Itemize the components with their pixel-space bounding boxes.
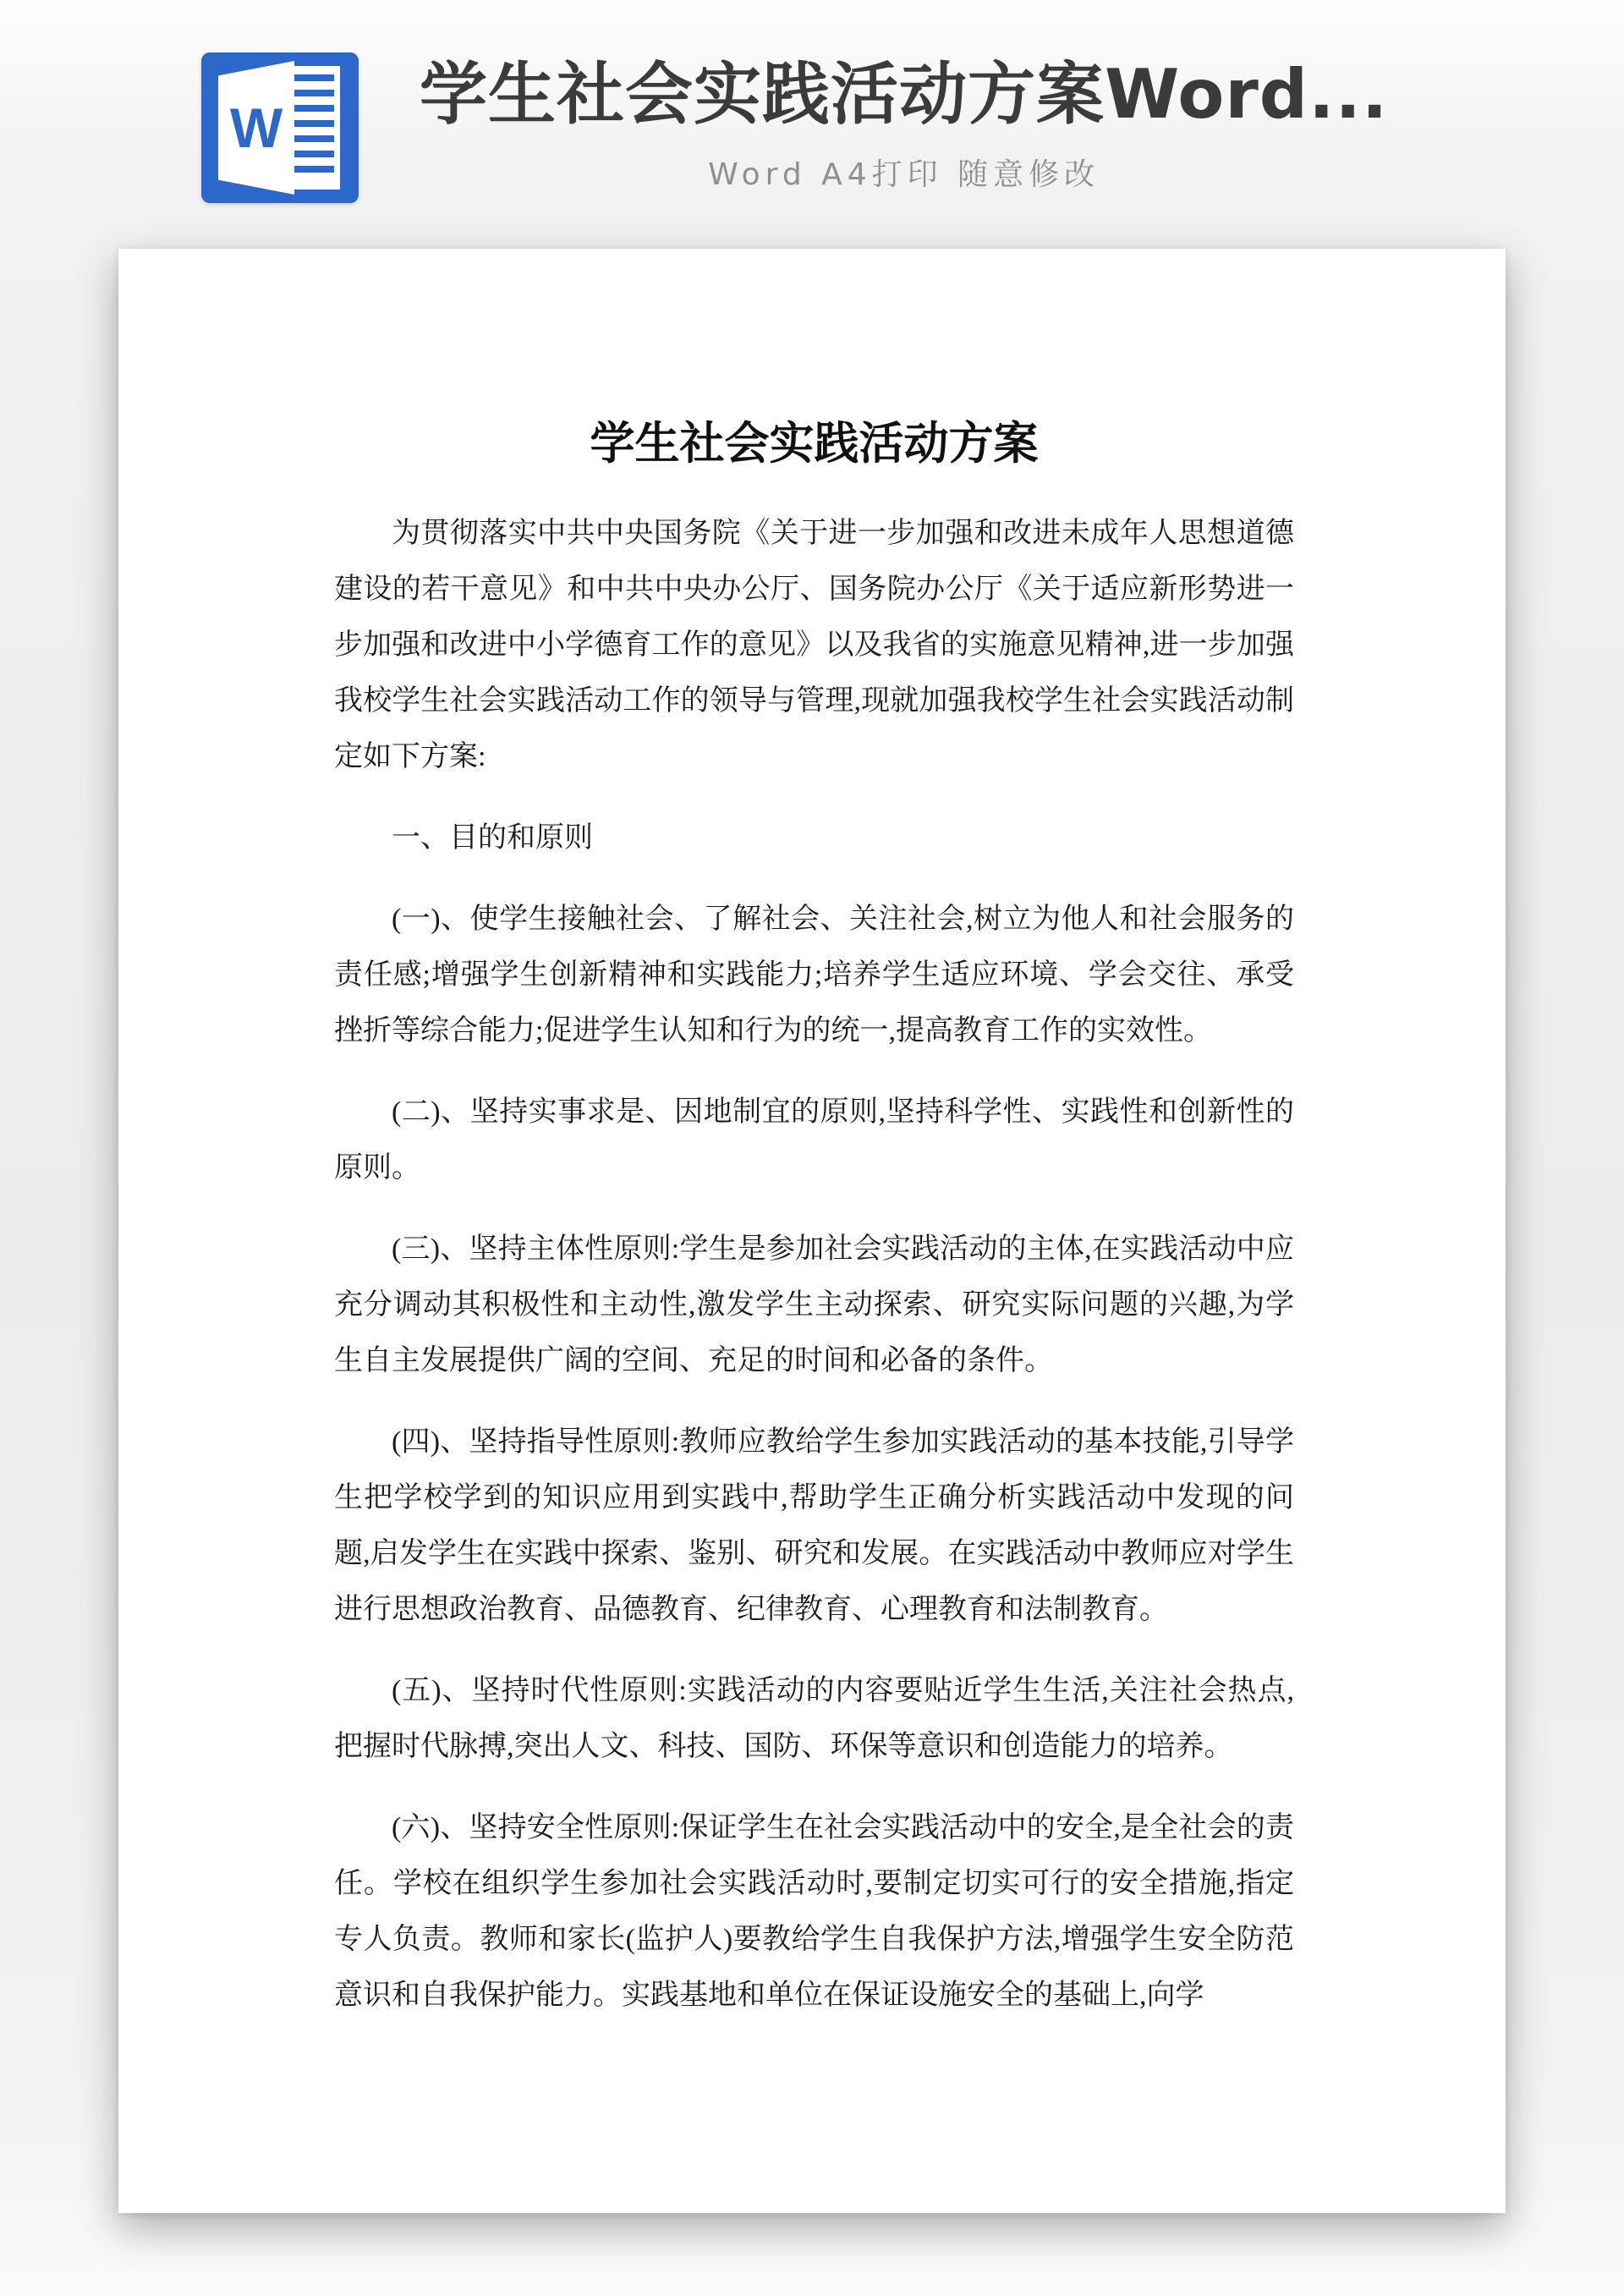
word-icon-text-lines — [290, 74, 334, 181]
document-paragraph: (二)、坚持实事求是、因地制宜的原则,坚持科学性、实践性和创新性的原则。 — [334, 1085, 1294, 1196]
preview-area: 学生社会实践活动方案 为贯彻落实中共中央国务院《关于进一步加强和改进未成年人思想… — [0, 249, 1624, 2213]
document-paragraph: (五)、坚持时代性原则:实践活动的内容要贴近学生生活,关注社会热点,把握时代脉搏… — [334, 1663, 1294, 1775]
word-icon-fold: W — [218, 61, 294, 195]
word-icon: W — [201, 52, 359, 203]
document-paragraph: (一)、使学生接触社会、了解社会、关注社会,树立为他人和社会服务的责任感;增强学… — [334, 892, 1294, 1059]
page-subtitle: Word A4打印 随意修改 — [708, 151, 1100, 194]
document-paragraph: (三)、坚持主体性原则:学生是参加社会实践活动的主体,在实践活动中应充分调动其积… — [334, 1222, 1294, 1389]
document-title: 学生社会实践活动方案 — [334, 418, 1294, 470]
header: W 学生社会实践活动方案Word... Word A4打印 随意修改 — [0, 0, 1624, 203]
header-text-block: 学生社会实践活动方案Word... Word A4打印 随意修改 — [420, 52, 1388, 194]
document-paragraph: (四)、坚持指导性原则:教师应教给学生参加实践活动的基本技能,引导学生把学校学到… — [334, 1414, 1294, 1638]
page-title: 学生社会实践活动方案Word... — [420, 58, 1388, 132]
document-page: 学生社会实践活动方案 为贯彻落实中共中央国务院《关于进一步加强和改进未成年人思想… — [118, 249, 1506, 2213]
document-paragraph: 为贯彻落实中共中央国务院《关于进一步加强和改进未成年人思想道德建设的若干意见》和… — [334, 506, 1294, 785]
word-icon-letter: W — [230, 100, 283, 156]
section-heading: 一、目的和原则 — [334, 810, 1294, 866]
document-paragraph: (六)、坚持安全性原则:保证学生在社会实践活动中的安全,是全社会的责任。学校在组… — [334, 1800, 1294, 2024]
